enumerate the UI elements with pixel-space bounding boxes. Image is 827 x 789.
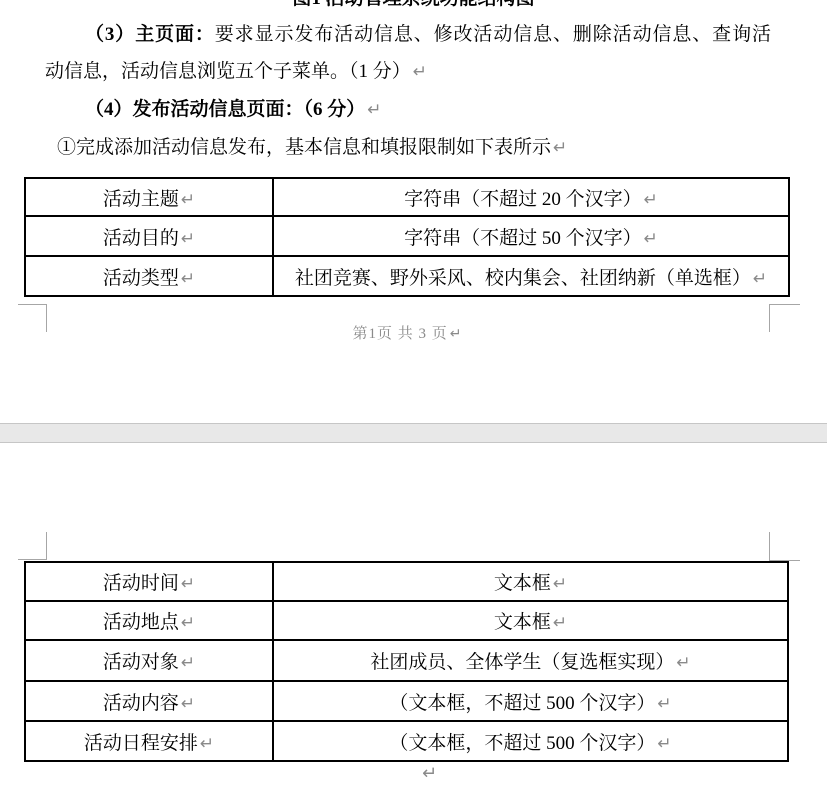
text-boundary-mark	[769, 304, 800, 305]
field-value: 文本框	[494, 612, 551, 633]
page-separator	[0, 423, 827, 443]
paragraph-mark-icon: ↵	[753, 269, 767, 289]
empty-paragraph: ↵	[46, 763, 811, 784]
field-label: 活动对象	[103, 652, 179, 673]
field-label-cell[interactable]: 活动主题↵	[25, 178, 273, 216]
paragraph-mark-icon: ↵	[553, 574, 567, 594]
paragraph-5-text: ①完成添加活动信息发布，基本信息和填报限制如下表所示	[57, 137, 551, 158]
page-number-footer: 第1页 共 3 页↵	[46, 322, 769, 343]
paragraph-mark-icon: ↵	[644, 229, 658, 249]
figure-caption-cutoff: 图1 活动管理系统功能结构图	[0, 0, 827, 9]
field-label: 活动类型	[103, 268, 179, 289]
paragraph-mark-icon: ↵	[181, 190, 195, 210]
paragraph-mark-icon: ↵	[553, 138, 567, 158]
paragraph-mark-icon: ↵	[181, 269, 195, 289]
paragraph-3-heading: （3）主页面：	[85, 24, 215, 45]
field-label-cell[interactable]: 活动日程安排↵	[25, 721, 273, 761]
field-value-cell[interactable]: （文本框，不超过 500 个汉字）↵	[273, 721, 788, 761]
field-value-cell[interactable]: 社团竞赛、野外采风、校内集会、社团纳新（单选框）↵	[273, 256, 789, 296]
paragraph-mark-icon: ↵	[181, 613, 195, 633]
text-boundary-mark	[769, 304, 770, 332]
field-label-cell[interactable]: 活动地点↵	[25, 601, 273, 640]
field-label-cell[interactable]: 活动时间↵	[25, 562, 273, 601]
paragraph-mark-icon: ↵	[644, 190, 658, 210]
paragraph-mark-icon: ↵	[422, 763, 437, 784]
paragraph-mark-icon: ↵	[181, 574, 195, 594]
paragraph-5: ①完成添加活动信息发布，基本信息和填报限制如下表所示↵	[57, 137, 567, 159]
table-row: 活动目的↵ 字符串（不超过 50 个汉字）↵	[25, 216, 789, 256]
paragraph-3-text-continued: 动信息，活动信息浏览五个子菜单。（1 分）	[45, 61, 411, 82]
paragraph-mark-icon: ↵	[657, 734, 671, 754]
paragraph-mark-icon: ↵	[367, 100, 381, 120]
field-value-cell[interactable]: 文本框↵	[273, 601, 788, 640]
field-value-cell[interactable]: 字符串（不超过 50 个汉字）↵	[273, 216, 789, 256]
paragraph-mark-icon: ↵	[676, 653, 690, 673]
field-label-cell[interactable]: 活动目的↵	[25, 216, 273, 256]
field-label: 活动内容	[103, 693, 179, 714]
paragraph-3-text: 要求显示发布活动信息、修改活动信息、删除活动信息、查询活	[215, 24, 771, 45]
activity-fields-table-page-2: 活动时间↵ 文本框↵ 活动地点↵ 文本框↵ 活动对象↵ 社团成员、全体学生（复选…	[24, 561, 789, 762]
table-row: 活动日程安排↵ （文本框，不超过 500 个汉字）↵	[25, 721, 788, 761]
table-row: 活动地点↵ 文本框↵	[25, 601, 788, 640]
paragraph-4-text: （4）发布活动信息页面：（6 分）	[85, 99, 365, 120]
field-value: 字符串（不超过 20 个汉字）	[404, 189, 642, 210]
table-row: 活动内容↵ （文本框，不超过 500 个汉字）↵	[25, 681, 788, 721]
field-label-cell[interactable]: 活动类型↵	[25, 256, 273, 296]
text-boundary-mark	[46, 532, 47, 560]
field-value-cell[interactable]: 社团成员、全体学生（复选框实现）↵	[273, 640, 788, 681]
field-label-cell[interactable]: 活动对象↵	[25, 640, 273, 681]
paragraph-mark-icon: ↵	[450, 326, 463, 342]
text-boundary-mark	[18, 559, 47, 560]
paragraph-mark-icon: ↵	[413, 62, 427, 82]
paragraph-mark-icon: ↵	[181, 653, 195, 673]
field-value: （文本框，不超过 500 个汉字）	[389, 693, 655, 714]
field-label: 活动时间	[103, 573, 179, 594]
field-value: 社团竞赛、野外采风、校内集会、社团纳新（单选框）	[295, 268, 751, 289]
page-number-text: 第1页 共 3 页	[353, 326, 448, 342]
paragraph-mark-icon: ↵	[553, 613, 567, 633]
activity-fields-table-page-1: 活动主题↵ 字符串（不超过 20 个汉字）↵ 活动目的↵ 字符串（不超过 50 …	[24, 177, 790, 297]
text-boundary-mark	[769, 532, 770, 560]
field-value: 字符串（不超过 50 个汉字）	[404, 228, 642, 249]
paragraph-mark-icon: ↵	[657, 694, 671, 714]
document-page-1: 图1 活动管理系统功能结构图 （3）主页面：要求显示发布活动信息、修改活动信息、…	[0, 0, 827, 423]
field-value-cell[interactable]: （文本框，不超过 500 个汉字）↵	[273, 681, 788, 721]
table-row: 活动对象↵ 社团成员、全体学生（复选框实现）↵	[25, 640, 788, 681]
field-value: 文本框	[494, 573, 551, 594]
field-label: 活动目的	[103, 228, 179, 249]
paragraph-mark-icon: ↵	[200, 734, 214, 754]
field-label: 活动日程安排	[84, 733, 198, 754]
field-label: 活动地点	[103, 612, 179, 633]
document-page-2: 活动时间↵ 文本框↵ 活动地点↵ 文本框↵ 活动对象↵ 社团成员、全体学生（复选…	[0, 443, 827, 789]
paragraph-mark-icon: ↵	[181, 694, 195, 714]
field-label-cell[interactable]: 活动内容↵	[25, 681, 273, 721]
paragraph-3-line-1: （3）主页面：要求显示发布活动信息、修改活动信息、删除活动信息、查询活	[85, 24, 771, 45]
table-row: 活动时间↵ 文本框↵	[25, 562, 788, 601]
paragraph-4-heading: （4）发布活动信息页面：（6 分）↵	[85, 99, 382, 121]
table-row: 活动类型↵ 社团竞赛、野外采风、校内集会、社团纳新（单选框）↵	[25, 256, 789, 296]
field-label: 活动主题	[103, 189, 179, 210]
field-value: （文本框，不超过 500 个汉字）	[389, 733, 655, 754]
text-boundary-mark	[18, 304, 47, 305]
paragraph-3-line-2: 动信息，活动信息浏览五个子菜单。（1 分）↵	[45, 61, 427, 83]
table-row: 活动主题↵ 字符串（不超过 20 个汉字）↵	[25, 178, 789, 216]
paragraph-mark-icon: ↵	[181, 229, 195, 249]
field-value-cell[interactable]: 字符串（不超过 20 个汉字）↵	[273, 178, 789, 216]
field-value: 社团成员、全体学生（复选框实现）	[370, 652, 674, 673]
field-value-cell[interactable]: 文本框↵	[273, 562, 788, 601]
